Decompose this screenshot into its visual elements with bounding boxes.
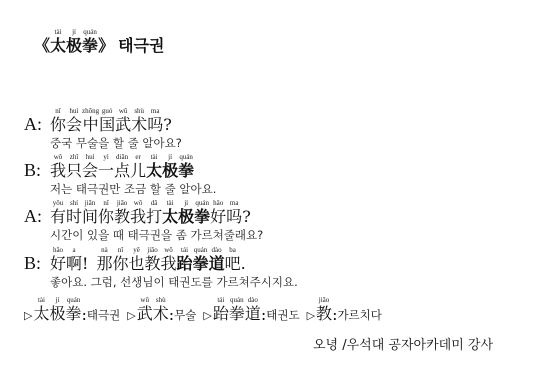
dialogue-line: B:好hǎo啊a! 那nà你nǐ也yě教jiāo我wǒ跆tái拳quán道dào… [24,246,298,290]
hanzi-char: 教jiāo [316,296,332,324]
chinese-sentence: B:好hǎo啊a! 那nà你nǐ也yě教jiāo我wǒ跆tái拳quán道dào… [24,246,298,274]
korean-translation: 중국 무술을 할 줄 알아요? [50,135,182,151]
title-close-bracket: 》 [98,33,114,56]
hanzi-char: 一yì [98,161,114,180]
korean-translation: 시간이 있을 때 태극권을 좀 가르쳐줄래요? [50,227,263,243]
hanzi-char: 啊a [66,254,82,273]
hanzi-char: 会huì [66,115,82,134]
hanzi-char: 术shù [153,296,169,324]
triangle-bullet-icon: ▷ [127,309,135,322]
chinese-sentence: A:有yǒu时shí间jiān你nǐ教jiāo我wǒ打dǎ太tài极jí拳quá… [24,199,263,227]
hanzi-char: 道dào [245,296,261,324]
hanzi-char: 拳quán [193,254,209,273]
hanzi-char: 拳quán [229,296,245,324]
hanzi-char: 武wǔ [137,296,153,324]
vocabulary-item: ▷太tài极jí拳quán:태극권 [24,296,120,324]
hanzi-char: 跆tái [177,254,193,273]
vocabulary-meaning: 태권도 [266,307,299,323]
hanzi-char: 太tài [146,161,162,180]
dialogue-line: A:你nǐ会huì中zhōng国guó武wǔ术shù吗ma?중국 무술을 할 줄… [24,107,182,151]
title-hanzi: 太tài极jí拳quán [50,28,98,56]
hanzi-char: 你nǐ [112,254,128,273]
hanzi-char: 拳quán [178,161,194,180]
hanzi-char: 好hǎo [210,207,226,226]
hanzi-char: 你nǐ [98,207,114,226]
hanzi-char: 儿er [130,161,146,180]
hanzi-char: 道dào [209,254,225,273]
hanzi-char: 吗ma [226,207,242,226]
triangle-bullet-icon: ▷ [307,309,315,322]
dialogue-line: B:我wǒ只zhǐ会huì一yì点diǎn儿er太tài极jí拳quán저는 태… [24,153,216,197]
hanzi-char: 有yǒu [50,207,66,226]
korean-translation: 저는 태극권만 조금 할 줄 알아요. [50,181,216,197]
speaker-label: B: [24,160,50,181]
hanzi-char: 间jiān [82,207,98,226]
vocabulary-item: ▷武wǔ术shù:무술 [127,296,196,324]
hanzi-char: 我wǒ [161,254,177,273]
hanzi-char: 拳quán [66,296,82,324]
hanzi-char: 武wǔ [115,115,131,134]
hanzi-char: 教jiāo [145,254,161,273]
hanzi-char: ? [163,115,172,134]
speaker-label: A: [24,114,50,135]
hanzi-char: . [241,254,246,273]
vocabulary-list: ▷太tài极jí拳quán:태극권▷武wǔ术shù:무술▷跆tái拳quán道d… [24,296,389,324]
hanzi-char: 我wǒ [130,207,146,226]
korean-translation: 좋아요. 그럼, 선생님이 태권도를 가르쳐주시지요. [50,274,298,290]
vocabulary-meaning: 태극권 [87,307,120,323]
hanzi-char: 打dǎ [146,207,162,226]
hanzi-char: 极jí [66,36,82,55]
chinese-sentence: A:你nǐ会huì中zhōng国guó武wǔ术shù吗ma? [24,107,182,135]
hanzi-char: 也yě [129,254,145,273]
vocabulary-meaning: 무술 [174,307,196,323]
hanzi-char: 好hǎo [50,254,66,273]
lesson-title: 《 太tài极jí拳quán 》 태극권 [34,28,164,56]
hanzi-char: 中zhōng [82,115,99,134]
title-open-bracket: 《 [34,33,50,56]
hanzi-char: 拳quán [82,36,98,55]
hanzi-char: 吧ba [225,254,241,273]
vocabulary-item: ▷教jiāo:가르치다 [307,296,382,324]
hanzi-char: 吗ma [147,115,163,134]
speaker-label: A: [24,206,50,227]
speaker-label: B: [24,253,50,274]
hanzi-char: 那nà [96,254,112,273]
hanzi-char: 国guó [99,115,115,134]
triangle-bullet-icon: ▷ [203,309,211,322]
hanzi-char: 跆tái [213,296,229,324]
triangle-bullet-icon: ▷ [24,309,32,322]
title-korean: 태극권 [118,33,164,56]
dialogue-line: A:有yǒu时shí间jiān你nǐ教jiāo我wǒ打dǎ太tài极jí拳quá… [24,199,263,243]
hanzi-char: 极jí [162,161,178,180]
hanzi-char: 你nǐ [50,115,66,134]
hanzi-char: 我wǒ [50,161,66,180]
hanzi-char: ? [242,207,251,226]
hanzi-char: 太tài [50,36,66,55]
chinese-sentence: B:我wǒ只zhǐ会huì一yì点diǎn儿er太tài极jí拳quán [24,153,216,181]
vocabulary-item: ▷跆tái拳quán道dào:태권도 [203,296,299,324]
hanzi-char: 太tài [33,296,49,324]
hanzi-char: 极jí [49,296,65,324]
hanzi-char: 时shí [66,207,82,226]
hanzi-char: 太tài [162,207,178,226]
hanzi-char: 教jiāo [114,207,130,226]
hanzi-char: 会huì [82,161,98,180]
hanzi-char: 极jí [178,207,194,226]
hanzi-char: 术shù [131,115,147,134]
vocabulary-meaning: 가르치다 [337,307,381,323]
hanzi-char: 点diǎn [114,161,130,180]
author-credit: 오녕 /우석대 공자아카데미 강사 [313,334,493,353]
hanzi-char: 拳quán [194,207,210,226]
hanzi-char: 只zhǐ [66,161,82,180]
